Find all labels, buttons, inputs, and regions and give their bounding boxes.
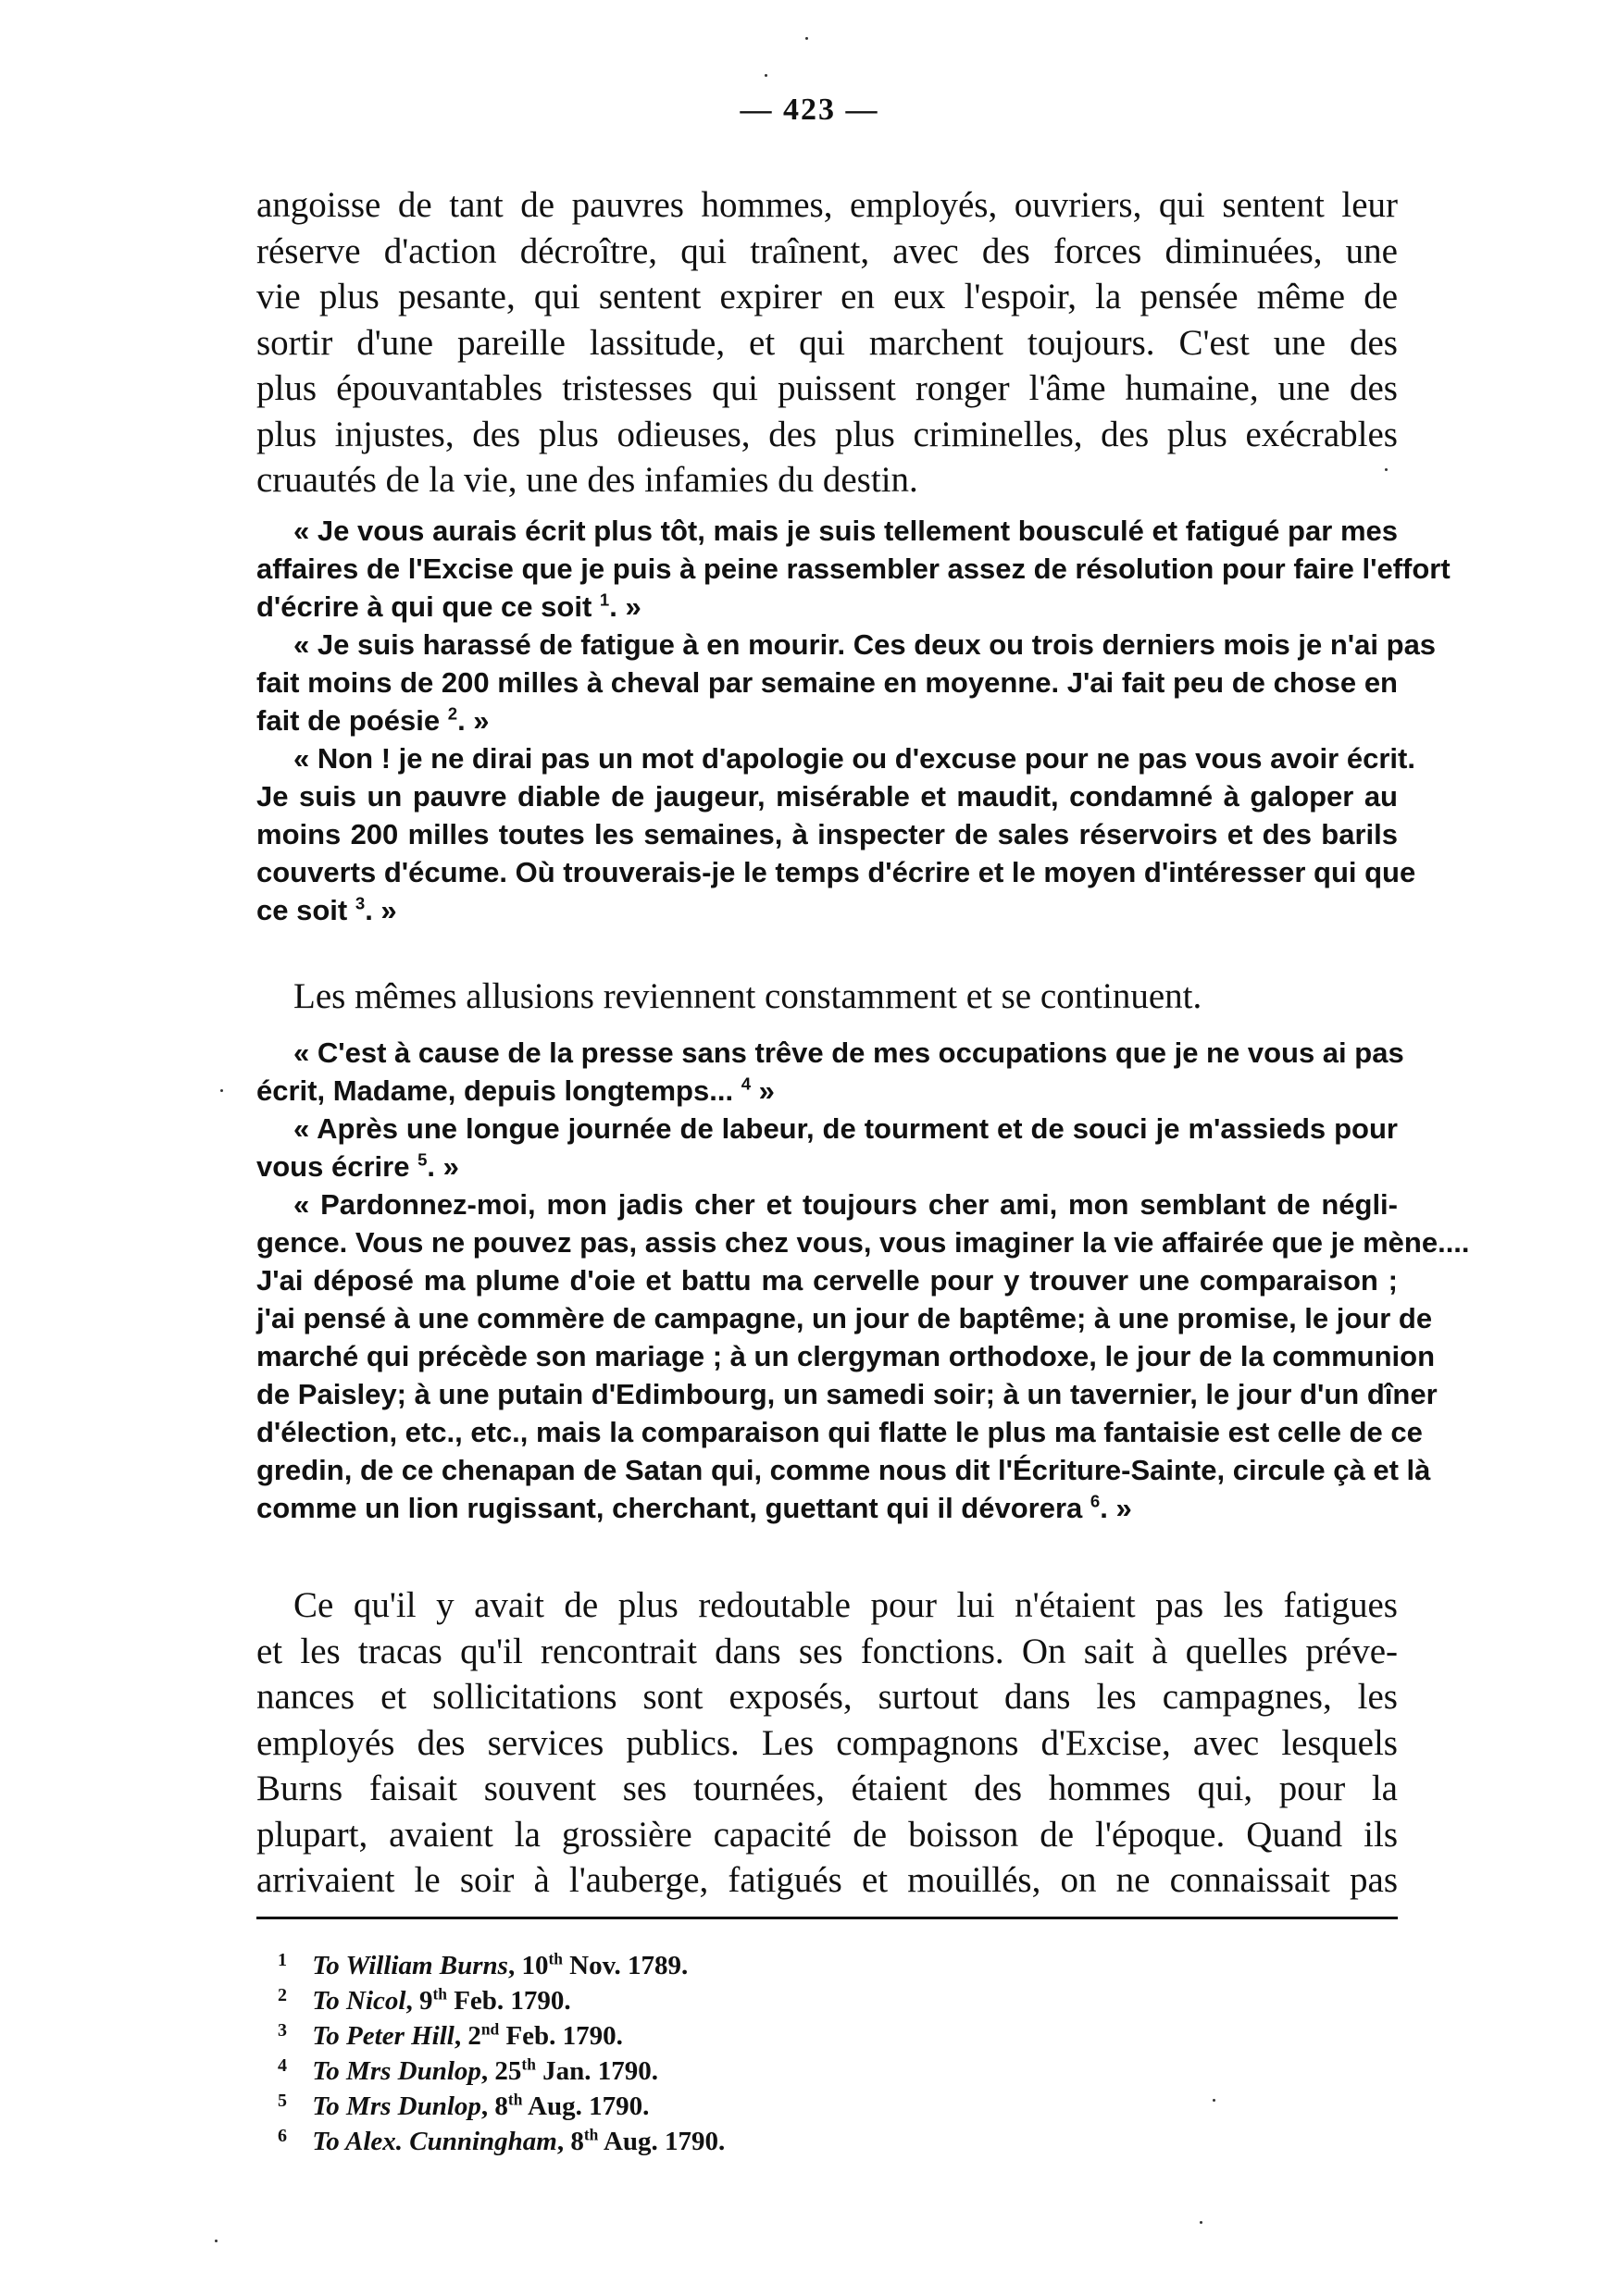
scan-speck — [1213, 2099, 1215, 2102]
quote-5: « Après une longue journée de labeur, de… — [256, 1110, 1398, 1185]
text-line: et les tracas qu'il rencontrait dans ses… — [256, 1629, 1398, 1675]
quote-line: j'ai pensé à une commère de campagne, un… — [256, 1299, 1398, 1337]
quote-line: vous écrire 5. » — [256, 1148, 1398, 1185]
text-line: réserve d'action décroître, qui traînent… — [256, 229, 1398, 275]
footnote-ref[interactable]: 1 — [600, 590, 609, 610]
footnotes: 1 To William Burns, 10th Nov. 1789. 2 To… — [278, 1948, 725, 2159]
quote-4: « C'est à cause de la presse sans trêve … — [256, 1034, 1398, 1110]
footnote-3: 3 To Peter Hill, 2nd Feb. 1790. — [278, 2018, 725, 2054]
page-number: — 423 — — [0, 93, 1619, 128]
footnote-4: 4 To Mrs Dunlop, 25th Jan. 1790. — [278, 2054, 725, 2089]
scan-speck — [805, 37, 808, 40]
text-line: plus épouvantables tristesses qui puisse… — [256, 366, 1398, 412]
paragraph-1: angoisse de tant de pauvres hommes, empl… — [256, 182, 1398, 503]
quotes-block-2: « C'est à cause de la presse sans trêve … — [256, 1034, 1398, 1527]
quote-line: écrit, Madame, depuis longtemps... 4 » — [256, 1072, 1398, 1110]
scan-speck — [765, 74, 767, 77]
text-line: Ce qu'il y avait de plus redoutable pour… — [256, 1582, 1398, 1629]
quote-line: « Non ! je ne dirai pas un mot d'apologi… — [256, 739, 1398, 777]
text-line: nances et sollicitations sont exposés, s… — [256, 1674, 1398, 1720]
quotes-block-1: « Je vous aurais écrit plus tôt, mais je… — [256, 512, 1398, 929]
footnote-recipient: To Alex. Cunningham — [312, 2127, 557, 2156]
quote-line: « Après une longue journée de labeur, de… — [256, 1110, 1398, 1148]
quote-line: comme un lion rugissant, cherchant, guet… — [256, 1489, 1398, 1527]
footnote-1: 1 To William Burns, 10th Nov. 1789. — [278, 1948, 725, 1983]
quote-line: J'ai déposé ma plume d'oie et battu ma c… — [256, 1261, 1398, 1299]
footnote-recipient: To Mrs Dunlop — [312, 2056, 481, 2086]
footnote-recipient: To Peter Hill — [312, 2021, 455, 2051]
footnote-recipient: To William Burns — [312, 1951, 508, 1980]
quote-line: « Pardonnez-moi, mon jadis cher et toujo… — [256, 1185, 1398, 1223]
quote-line: ce soit 3. » — [256, 891, 1398, 929]
footnote-ref[interactable]: 5 — [417, 1150, 427, 1170]
text-line: sortir d'une pareille lassitude, et qui … — [256, 320, 1398, 366]
quote-2: « Je suis harassé de fatigue à en mourir… — [256, 626, 1398, 739]
quote-line: fait moins de 200 milles à cheval par se… — [256, 664, 1398, 701]
quote-line: « Je vous aurais écrit plus tôt, mais je… — [256, 512, 1398, 550]
quote-line: d'écrire à qui que ce soit 1. » — [256, 588, 1398, 626]
paragraph-3: Ce qu'il y avait de plus redoutable pour… — [256, 1582, 1398, 1904]
quote-6: « Pardonnez-moi, mon jadis cher et toujo… — [256, 1185, 1398, 1527]
footnote-2: 2 To Nicol, 9th Feb. 1790. — [278, 1983, 725, 2018]
quote-line: affaires de l'Excise que je puis à peine… — [256, 550, 1398, 588]
footnote-recipient: To Nicol — [312, 1986, 405, 2016]
text-line: cruautés de la vie, une des infamies du … — [256, 457, 1398, 503]
text-line: plupart, avaient la grossière capacité d… — [256, 1812, 1398, 1858]
text-line: Burns faisait souvent ses tournées, étai… — [256, 1766, 1398, 1812]
quote-1: « Je vous aurais écrit plus tôt, mais je… — [256, 512, 1398, 626]
quote-line: couverts d'écume. Où trouverais-je le te… — [256, 853, 1398, 891]
text-line: Les mêmes allusions reviennent constamme… — [256, 974, 1398, 1020]
text-line: angoisse de tant de pauvres hommes, empl… — [256, 182, 1398, 229]
scan-speck — [1200, 2221, 1202, 2224]
footnote-separator — [256, 1917, 1398, 1919]
footnote-5: 5 To Mrs Dunlop, 8th Aug. 1790. — [278, 2089, 725, 2124]
text-line: plus injustes, des plus odieuses, des pl… — [256, 412, 1398, 458]
text-line: arrivaient le soir à l'auberge, fatigués… — [256, 1857, 1398, 1904]
scan-speck — [1385, 468, 1388, 471]
footnote-ref[interactable]: 6 — [1090, 1492, 1100, 1511]
quote-line: « Je suis harassé de fatigue à en mourir… — [256, 626, 1398, 664]
quote-line: d'élection, etc., etc., mais la comparai… — [256, 1413, 1398, 1451]
text-line: employés des services publics. Les compa… — [256, 1720, 1398, 1767]
footnote-ref[interactable]: 4 — [741, 1074, 751, 1094]
quote-line: Je suis un pauvre diable de jaugeur, mis… — [256, 777, 1398, 815]
quote-line: moins 200 milles toutes les semaines, à … — [256, 815, 1398, 853]
footnote-ref[interactable]: 3 — [355, 894, 365, 913]
quote-3: « Non ! je ne dirai pas un mot d'apologi… — [256, 739, 1398, 929]
scan-speck — [215, 2240, 218, 2242]
footnote-recipient: To Mrs Dunlop — [312, 2091, 481, 2121]
quote-line: de Paisley; à une putain d'Edimbourg, un… — [256, 1375, 1398, 1413]
quote-line: gredin, de ce chenapan de Satan qui, com… — [256, 1451, 1398, 1489]
footnote-6: 6 To Alex. Cunningham, 8th Aug. 1790. — [278, 2124, 725, 2159]
quote-line: fait de poésie 2. » — [256, 701, 1398, 739]
quote-line: « C'est à cause de la presse sans trêve … — [256, 1034, 1398, 1072]
quote-line: marché qui précède son mariage ; à un cl… — [256, 1337, 1398, 1375]
scan-speck — [220, 1089, 223, 1092]
quote-line: gence. Vous ne pouvez pas, assis chez vo… — [256, 1223, 1398, 1261]
paragraph-2: Les mêmes allusions reviennent constamme… — [256, 974, 1398, 1020]
footnote-ref[interactable]: 2 — [448, 704, 457, 724]
text-line: vie plus pesante, qui sentent expirer en… — [256, 274, 1398, 320]
